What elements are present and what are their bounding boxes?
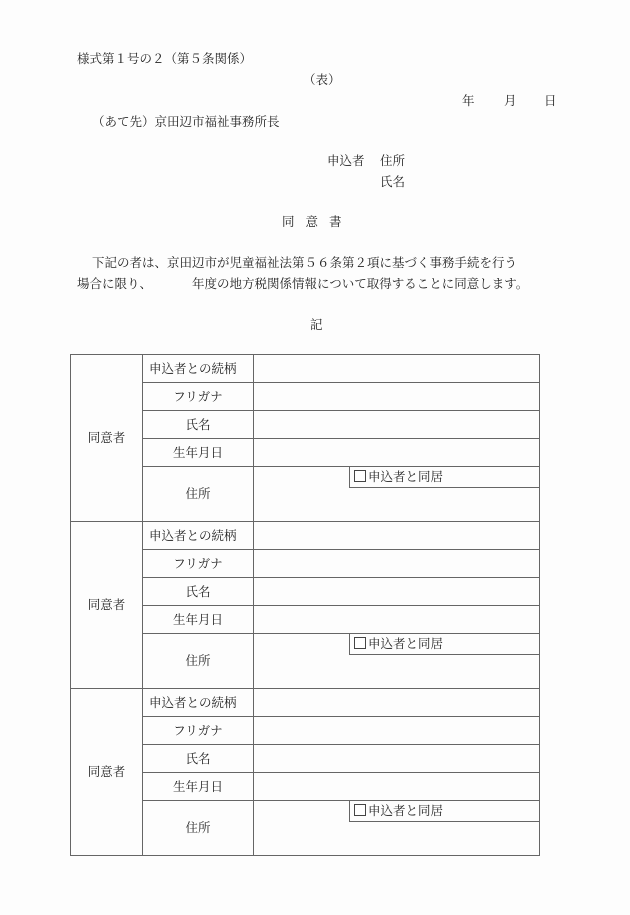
furigana-field[interactable] [254, 550, 540, 578]
birthdate-field[interactable] [254, 773, 540, 801]
relation-label: 申込者との続柄 [143, 355, 254, 383]
birthdate-field[interactable] [254, 606, 540, 634]
consent-statement-line2: 場合に限り、年度の地方税関係情報について取得することに同意します。 [77, 276, 528, 292]
document-title: 同意書 [282, 214, 353, 230]
applicant-name-label: 氏名 [380, 174, 405, 190]
birthdate-field[interactable] [254, 439, 540, 467]
name-field[interactable] [254, 745, 540, 773]
table-row: 同意者 申込者との続柄 [71, 689, 540, 717]
checkbox-icon[interactable] [354, 470, 366, 482]
applicant-title: 申込者 [327, 153, 380, 169]
relation-label: 申込者との続柄 [143, 689, 254, 717]
name-label: 氏名 [143, 578, 254, 606]
address-label: 住所 [143, 801, 254, 856]
cohabit-option[interactable]: 申込者と同居 [349, 633, 540, 655]
furigana-label: フリガナ [143, 383, 254, 411]
relation-label: 申込者との続柄 [143, 522, 254, 550]
date-day-label: 日 [544, 93, 557, 109]
checkbox-icon[interactable] [354, 804, 366, 816]
cohabit-label: 申込者と同居 [368, 469, 443, 484]
group-label: 同意者 [71, 355, 143, 522]
consent-statement-suffix: 年度の地方税関係情報について取得することに同意します。 [192, 276, 528, 291]
cohabit-label: 申込者と同居 [368, 636, 443, 651]
checkbox-icon[interactable] [354, 637, 366, 649]
address-field[interactable]: 申込者と同居 [254, 467, 540, 522]
cohabit-option[interactable]: 申込者と同居 [349, 800, 540, 822]
group-label: 同意者 [71, 522, 143, 689]
name-label: 氏名 [143, 745, 254, 773]
name-field[interactable] [254, 411, 540, 439]
consent-statement-prefix: 場合に限り、 [77, 276, 152, 291]
consent-table: 同意者 申込者との続柄 フリガナ 氏名 生年月日 住所 申込者と同居 同意者 申… [70, 354, 540, 856]
date-year-label: 年 [462, 93, 504, 109]
furigana-field[interactable] [254, 717, 540, 745]
relation-field[interactable] [254, 522, 540, 550]
date-month-label: 月 [504, 93, 544, 109]
furigana-field[interactable] [254, 383, 540, 411]
relation-field[interactable] [254, 689, 540, 717]
date-line: 年月日 [462, 93, 557, 109]
cohabit-option[interactable]: 申込者と同居 [349, 466, 540, 488]
table-row: 同意者 申込者との続柄 [71, 522, 540, 550]
form-number: 様式第１号の２（第５条関係） [77, 51, 252, 67]
furigana-label: フリガナ [143, 717, 254, 745]
name-label: 氏名 [143, 411, 254, 439]
side-label: （表） [303, 72, 341, 88]
addressee: （あて先）京田辺市福祉事務所長 [92, 114, 280, 130]
birthdate-label: 生年月日 [143, 439, 254, 467]
cohabit-label: 申込者と同居 [368, 803, 443, 818]
applicant-address-line: 申込者住所 [327, 153, 405, 169]
relation-field[interactable] [254, 355, 540, 383]
address-label: 住所 [143, 467, 254, 522]
address-field[interactable]: 申込者と同居 [254, 801, 540, 856]
birthdate-label: 生年月日 [143, 606, 254, 634]
birthdate-label: 生年月日 [143, 773, 254, 801]
address-field[interactable]: 申込者と同居 [254, 634, 540, 689]
applicant-address-label: 住所 [380, 153, 405, 168]
consent-statement-line1: 下記の者は、京田辺市が児童福祉法第５６条第２項に基づく事務手続を行う [92, 255, 517, 271]
table-row: 同意者 申込者との続柄 [71, 355, 540, 383]
furigana-label: フリガナ [143, 550, 254, 578]
ki-heading: 記 [310, 317, 323, 333]
group-label: 同意者 [71, 689, 143, 856]
name-field[interactable] [254, 578, 540, 606]
address-label: 住所 [143, 634, 254, 689]
